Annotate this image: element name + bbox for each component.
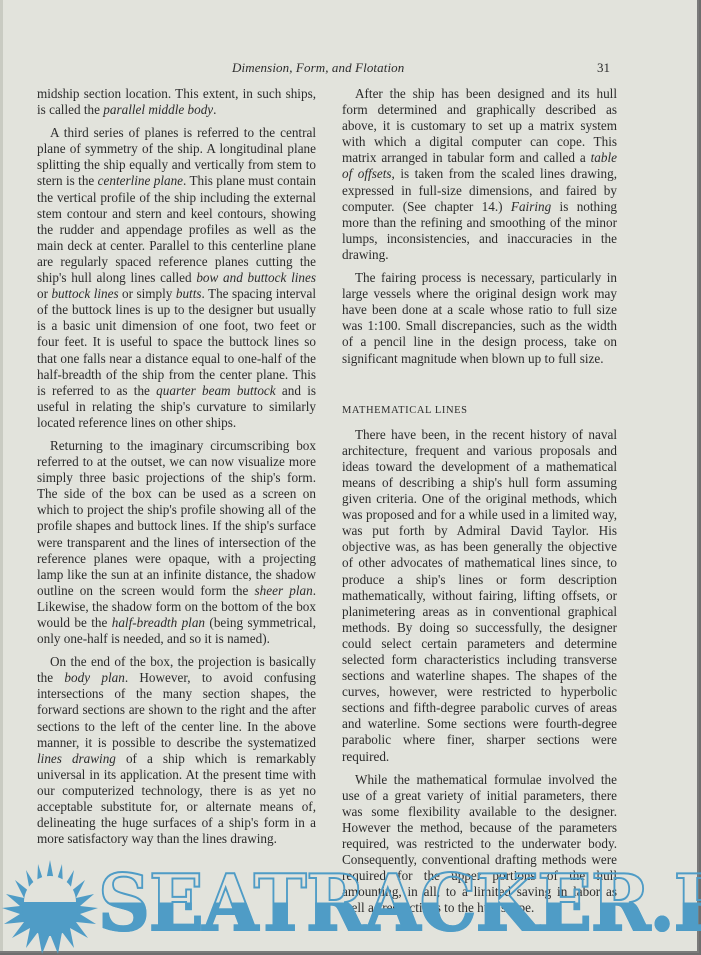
- term: lines drawing: [37, 751, 116, 766]
- paragraph: Returning to the imaginary circumscribin…: [37, 438, 316, 647]
- term: buttock lines: [51, 286, 118, 301]
- term: sheer plan: [255, 583, 313, 598]
- term: quarter beam buttock: [156, 383, 275, 398]
- book-page: Dimension, Form, and Flotation 31 midshi…: [0, 0, 699, 953]
- paragraph: There have been, in the recent history o…: [342, 427, 617, 765]
- paragraph: After the ship has been designed and its…: [342, 86, 617, 263]
- left-column: midship section location. This extent, i…: [37, 86, 316, 847]
- page-number: 31: [597, 60, 610, 76]
- term: bow and buttock lines: [196, 270, 316, 285]
- term: parallel middle body: [103, 102, 213, 117]
- right-column: After the ship has been designed and its…: [342, 86, 617, 917]
- paragraph: While the mathematical formulae involved…: [342, 772, 617, 917]
- paragraph: midship section location. This extent, i…: [37, 86, 316, 118]
- running-title: Dimension, Form, and Flotation: [232, 60, 404, 76]
- paragraph: The fairing process is necessary, partic…: [342, 270, 617, 367]
- section-heading: Mathematical Lines: [342, 403, 617, 419]
- term: centerline plane: [98, 173, 183, 188]
- term: half-breadth plan: [112, 615, 205, 630]
- term: butts: [176, 286, 202, 301]
- sun-icon: [0, 858, 100, 955]
- term: body plan: [64, 670, 124, 685]
- paragraph: On the end of the box, the projection is…: [37, 654, 316, 847]
- term: Fairing: [511, 199, 551, 214]
- paragraph: A third series of planes is referred to …: [37, 125, 316, 431]
